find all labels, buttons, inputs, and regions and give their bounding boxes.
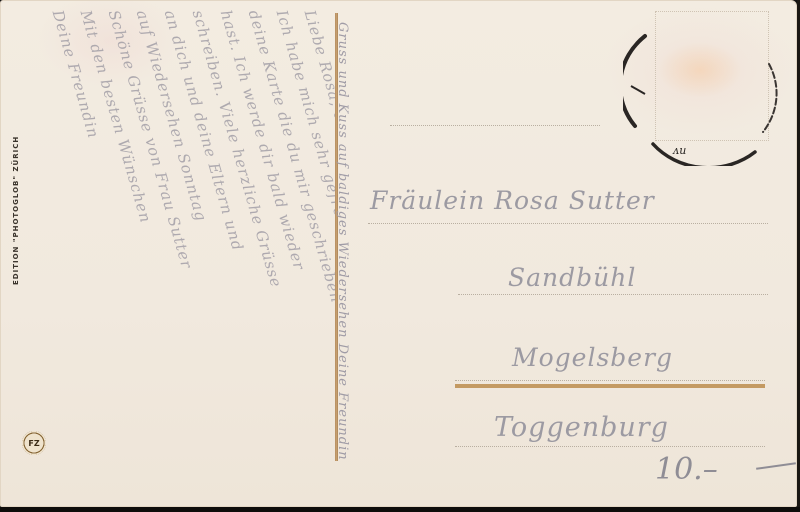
postmark-icon: ᴧu	[623, 30, 779, 166]
recipient-city: Mogelsberg	[512, 343, 673, 372]
postcard: Liebe Rosa, danke für Brief und Karte Ic…	[0, 0, 797, 507]
address-line	[455, 446, 765, 447]
publisher-logo-text: FZ	[28, 439, 39, 448]
price-annotation: 10.–	[655, 452, 718, 487]
address-line	[458, 294, 768, 295]
recipient-address-line2: Sandbühl	[508, 263, 636, 292]
publisher-logo-icon: FZ	[22, 431, 46, 455]
margin-note: Gruss und Kuss auf baldiges Wiedersehen …	[335, 22, 350, 461]
recipient-region: Toggenburg	[494, 412, 669, 443]
address-line	[390, 125, 600, 126]
svg-text:ᴧu: ᴧu	[672, 144, 686, 157]
address-line	[368, 223, 768, 224]
address-line-underline	[455, 384, 765, 388]
annotation-dash	[756, 462, 796, 470]
recipient-name: Fräulein Rosa Sutter	[370, 186, 655, 215]
publisher-edition-text: EDITION "PHOTOGLOB" ZÜRICH	[12, 136, 20, 285]
scan-edge-bottom	[0, 507, 800, 512]
address-line	[455, 380, 765, 381]
handwritten-message: Liebe Rosa, danke für Brief und Karte Ic…	[18, 10, 336, 506]
